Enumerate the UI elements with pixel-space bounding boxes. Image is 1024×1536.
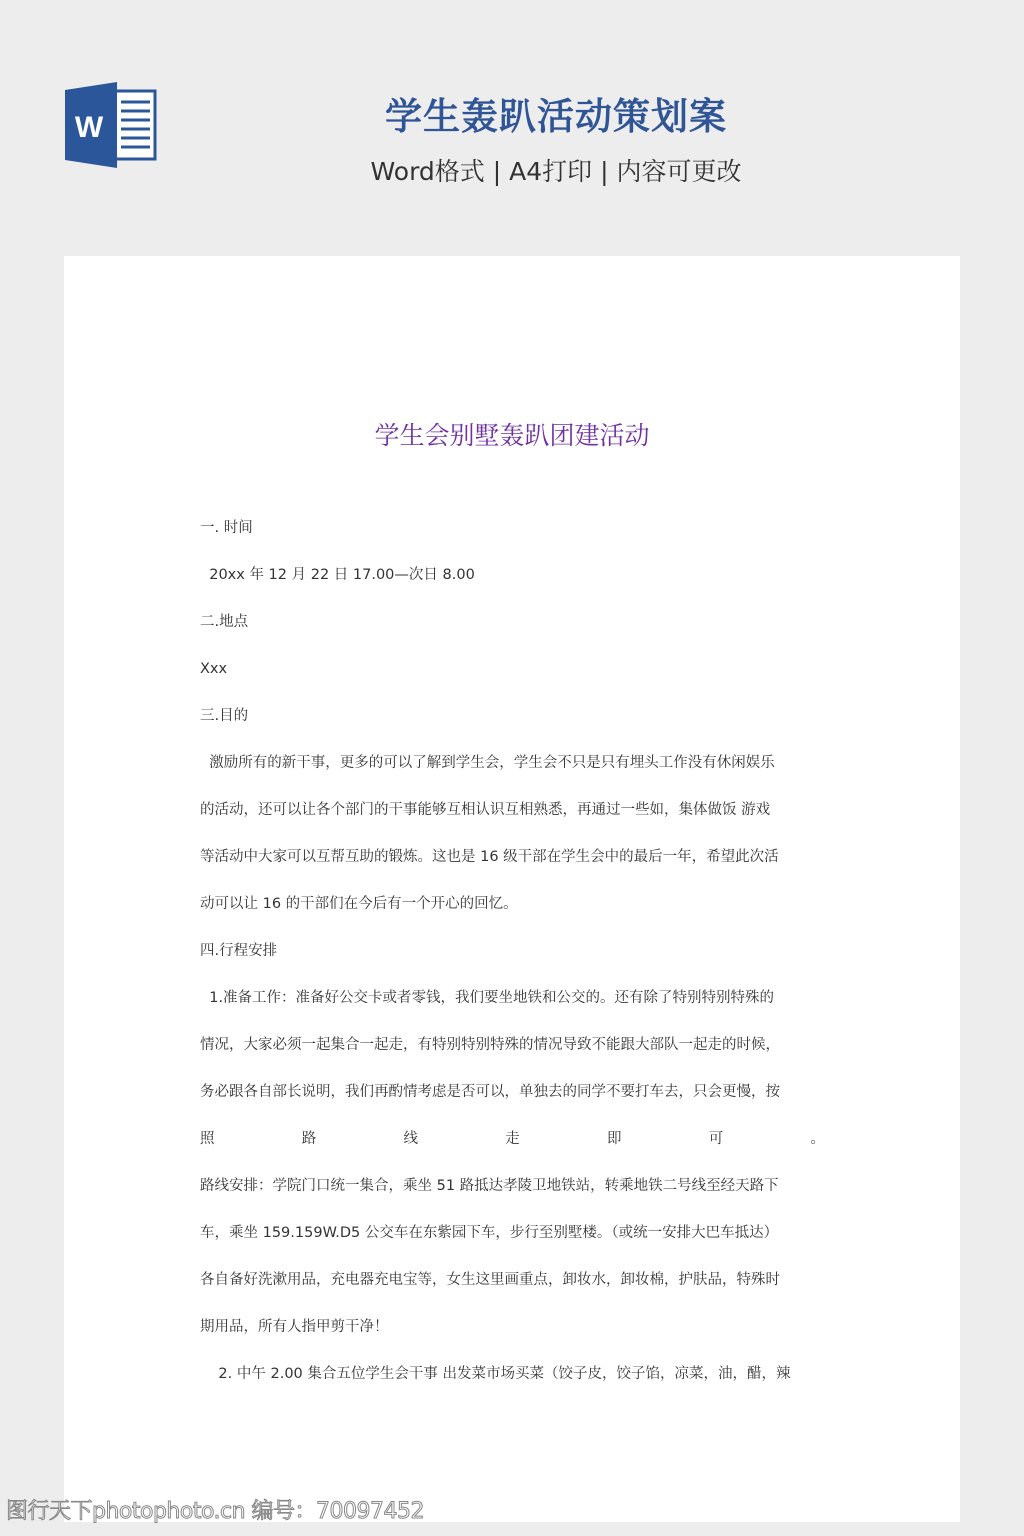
watermark: 图行天下photophoto.cn 编号：70097452 (6, 1494, 424, 1525)
spread-char: 可 (709, 1129, 724, 1149)
paragraph-line: 车，乘坐 159.159W.D5 公交车在东紫园下车，步行至别墅楼。（或统一安排… (200, 1223, 825, 1243)
header: W 学生轰趴活动策划案 Word格式 | A4打印 | 内容可更改 (0, 0, 1024, 256)
paragraph-line: 激励所有的新干事，更多的可以了解到学生会，学生会不只是只有埋头工作没有休闲娱乐 (200, 753, 825, 773)
section-heading-time: 一. 时间 (200, 518, 825, 538)
paragraph-line: 的活动，还可以让各个部门的干事能够互相认识互相熟悉，再通过一些如，集体做饭 游戏 (200, 800, 825, 820)
header-title: 学生轰趴活动策划案 (300, 92, 812, 142)
paragraph-line: 2. 中午 2.00 集合五位学生会干事 出发菜市场买菜（饺子皮，饺子馅，凉菜，… (200, 1364, 825, 1384)
paragraph-line-spread: 照 路 线 走 即 可 。 (200, 1129, 825, 1149)
spread-char: 线 (404, 1129, 419, 1149)
spread-char: 。 (811, 1129, 826, 1149)
header-subtitle: Word格式 | A4打印 | 内容可更改 (300, 152, 812, 192)
svg-text:W: W (75, 111, 104, 144)
paragraph-line: 期用品，所有人指甲剪干净！ (200, 1317, 825, 1337)
paragraph-line: 动可以让 16 的干部们在今后有一个开心的回忆。 (200, 894, 825, 914)
section-heading-location: 二.地点 (200, 612, 825, 632)
spread-char: 走 (505, 1129, 520, 1149)
document-title: 学生会别墅轰趴团建活动 (64, 416, 960, 456)
paragraph-line: 务必跟各自部长说明，我们再酌情考虑是否可以，单独去的同学不要打车去，只会更慢，按 (200, 1082, 825, 1102)
section-heading-schedule: 四.行程安排 (200, 941, 825, 961)
paragraph-line: 20xx 年 12 月 22 日 17.00—次日 8.00 (200, 565, 825, 585)
paragraph-line: 各自备好洗漱用品，充电器充电宝等，女生这里画重点，卸妆水，卸妆棉，护肤品，特殊时 (200, 1270, 825, 1290)
spread-char: 照 (200, 1129, 215, 1149)
section-heading-purpose: 三.目的 (200, 706, 825, 726)
spread-char: 路 (302, 1129, 317, 1149)
paragraph-line: 情况，大家必须一起集合一起走，有特别特别特殊的情况导致不能跟大部队一起走的时候， (200, 1035, 825, 1055)
word-document-icon: W (65, 82, 157, 168)
paragraph-line: Xxx (200, 659, 825, 679)
paragraph-line: 等活动中大家可以互帮互助的锻炼。这也是 16 级干部在学生会中的最后一年，希望此… (200, 847, 825, 867)
paragraph-line: 1.准备工作：准备好公交卡或者零钱，我们要坐地铁和公交的。还有除了特别特别特殊的 (200, 988, 825, 1008)
spread-char: 即 (607, 1129, 622, 1149)
document-page: 学生会别墅轰趴团建活动 一. 时间 20xx 年 12 月 22 日 17.00… (64, 256, 960, 1522)
paragraph-line: 路线安排：学院门口统一集合，乘坐 51 路抵达孝陵卫地铁站，转乘地铁二号线至经天… (200, 1176, 825, 1196)
